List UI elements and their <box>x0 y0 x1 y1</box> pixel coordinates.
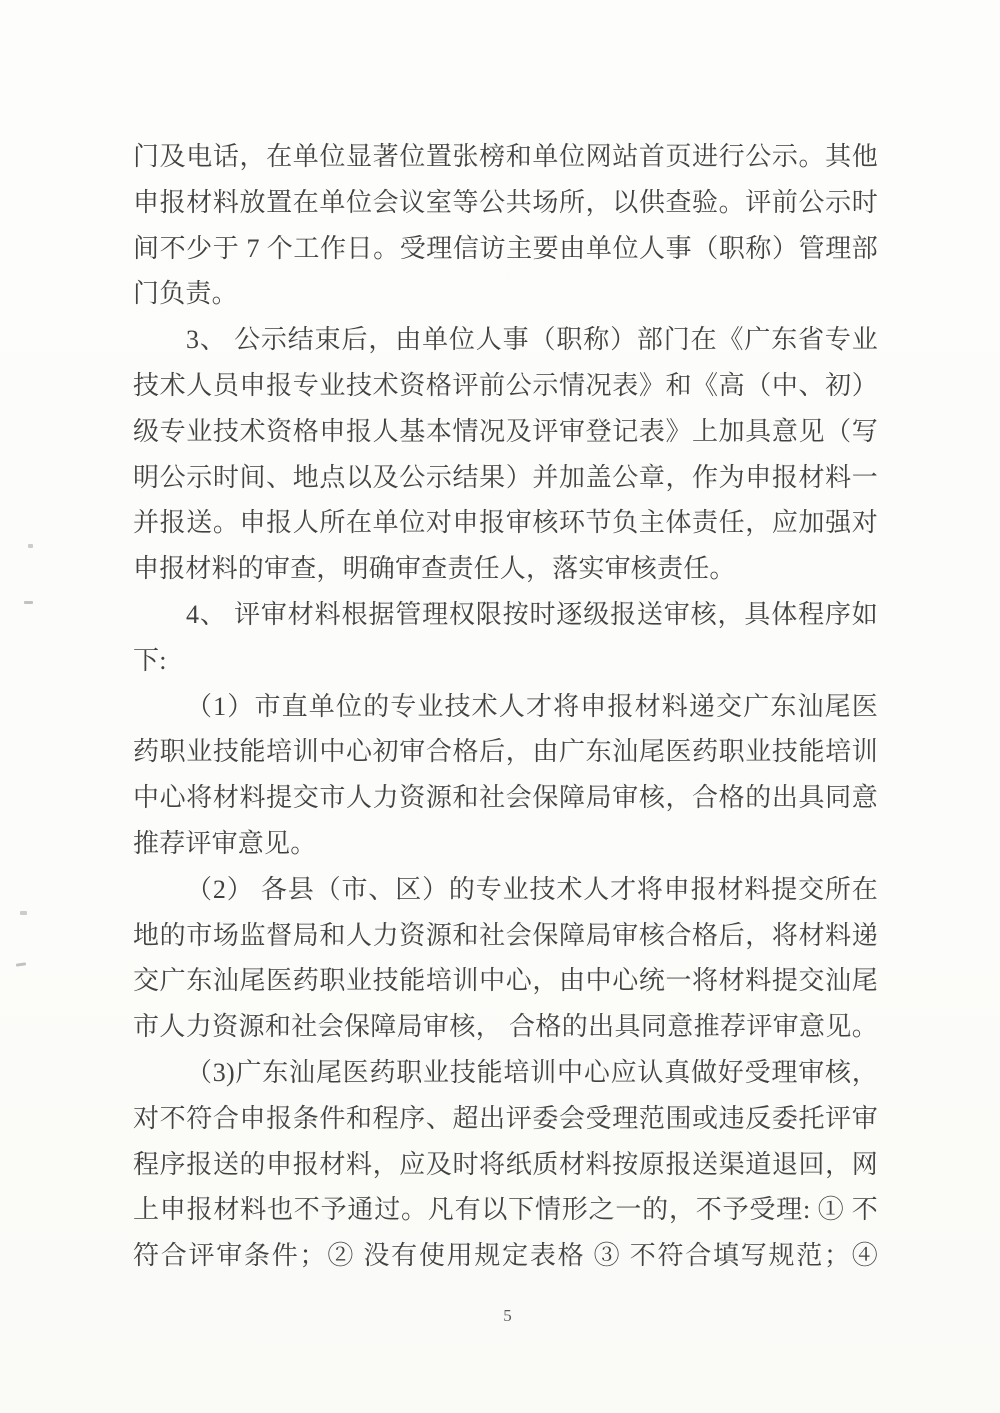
scan-artifact-dash <box>16 962 26 966</box>
text-line: 门及电话，在单位显著位置张榜和单位网站首页进行公示。其他 <box>133 134 878 180</box>
paragraph-subitem-2: （2） 各县（市、区）的专业技术人才将申报材料提交所在 地的市场监督局和人力资源… <box>133 867 878 1050</box>
paragraph-subitem-1: （1）市直单位的专业技术人才将申报材料递交广东汕尾医 药职业技能培训中心初审合格… <box>133 684 878 867</box>
paragraph-item-4: 4、 评审材料根据管理权限按时逐级报送审核，具体程序如 下: <box>133 592 878 684</box>
text-line: 地的市场监督局和人力资源和社会保障局审核合格后，将材料递 <box>133 913 878 959</box>
text-line: 3、 公示结束后，由单位人事（职称）部门在《广东省专业 <box>133 317 878 363</box>
text-line: 明公示时间、地点以及公示结果）并加盖公章，作为申报材料一 <box>133 455 878 501</box>
text-line: 下: <box>133 638 878 684</box>
text-line: 药职业技能培训中心初审合格后，由广东汕尾医药职业技能培训 <box>133 729 878 775</box>
text-line: 间不少于 7 个工作日。受理信访主要由单位人事（职称）管理部 <box>133 226 878 272</box>
text-line: 中心将材料提交市人力资源和社会保障局审核，合格的出具同意 <box>133 775 878 821</box>
text-line: 市人力资源和社会保障局审核， 合格的出具同意推荐评审意见。 <box>133 1004 878 1050</box>
text-line: 级专业技术资格申报人基本情况及评审登记表》上加具意见（写 <box>133 409 878 455</box>
text-line: 推荐评审意见。 <box>133 821 878 867</box>
page-number: 5 <box>0 1306 1000 1326</box>
text-line: 4、 评审材料根据管理权限按时逐级报送审核，具体程序如 <box>133 592 878 638</box>
document-text-block: 门及电话，在单位显著位置张榜和单位网站首页进行公示。其他 申报材料放置在单位会议… <box>133 134 878 1279</box>
scan-artifact-dash <box>24 601 33 604</box>
paragraph-subitem-3: （3)广东汕尾医药职业技能培训中心应认真做好受理审核， 对不符合申报条件和程序、… <box>133 1050 878 1279</box>
text-line: 并报送。申报人所在单位对申报审核环节负主体责任，应加强对 <box>133 500 878 546</box>
paragraph-item-3: 3、 公示结束后，由单位人事（职称）部门在《广东省专业 技术人员申报专业技术资格… <box>133 317 878 592</box>
text-line: （2） 各县（市、区）的专业技术人才将申报材料提交所在 <box>133 867 878 913</box>
scan-artifact-speck <box>28 544 33 548</box>
text-line: 上申报材料也不予通过。凡有以下情形之一的，不予受理: ① 不 <box>133 1187 878 1233</box>
text-line: （3)广东汕尾医药职业技能培训中心应认真做好受理审核， <box>133 1050 878 1096</box>
paragraph-continuation: 门及电话，在单位显著位置张榜和单位网站首页进行公示。其他 申报材料放置在单位会议… <box>133 134 878 317</box>
text-line: 程序报送的申报材料，应及时将纸质材料按原报送渠道退回，网 <box>133 1142 878 1188</box>
text-line: 符合评审条件；② 没有使用规定表格 ③ 不符合填写规范；④ <box>133 1233 878 1279</box>
text-line: 交广东汕尾医药职业技能培训中心，由中心统一将材料提交汕尾 <box>133 958 878 1004</box>
text-line: 申报材料放置在单位会议室等公共场所，以供查验。评前公示时 <box>133 180 878 226</box>
scan-artifact-speck <box>20 911 27 915</box>
text-line: 技术人员申报专业技术资格评前公示情况表》和《高（中、初） <box>133 363 878 409</box>
document-page: 门及电话，在单位显著位置张榜和单位网站首页进行公示。其他 申报材料放置在单位会议… <box>0 0 1000 1413</box>
text-line: 对不符合申报条件和程序、超出评委会受理范围或违反委托评审 <box>133 1096 878 1142</box>
text-line: 申报材料的审查，明确审查责任人，落实审核责任。 <box>133 546 878 592</box>
text-line: （1）市直单位的专业技术人才将申报材料递交广东汕尾医 <box>133 684 878 730</box>
text-line: 门负责。 <box>133 271 878 317</box>
